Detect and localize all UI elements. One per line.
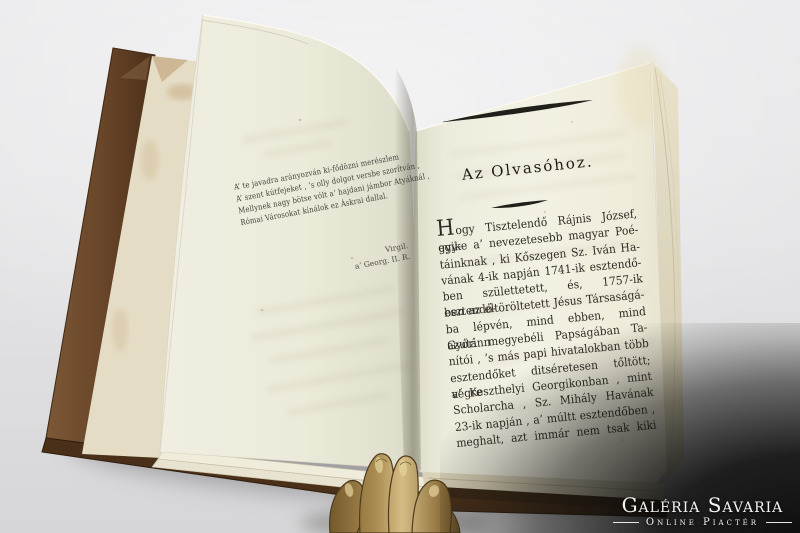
watermark-rule-left xyxy=(613,522,639,523)
book-product-photo: A’ te javadra arányozván ki-fődözni meré… xyxy=(0,0,800,533)
watermark-rule-right xyxy=(766,522,792,523)
watermark-tagline: Online Piactér xyxy=(646,517,759,528)
brass-hand-stand xyxy=(0,0,800,533)
watermark-brand: Galéria Savaria xyxy=(613,494,792,516)
watermark: Galéria Savaria Online Piactér xyxy=(613,494,792,528)
